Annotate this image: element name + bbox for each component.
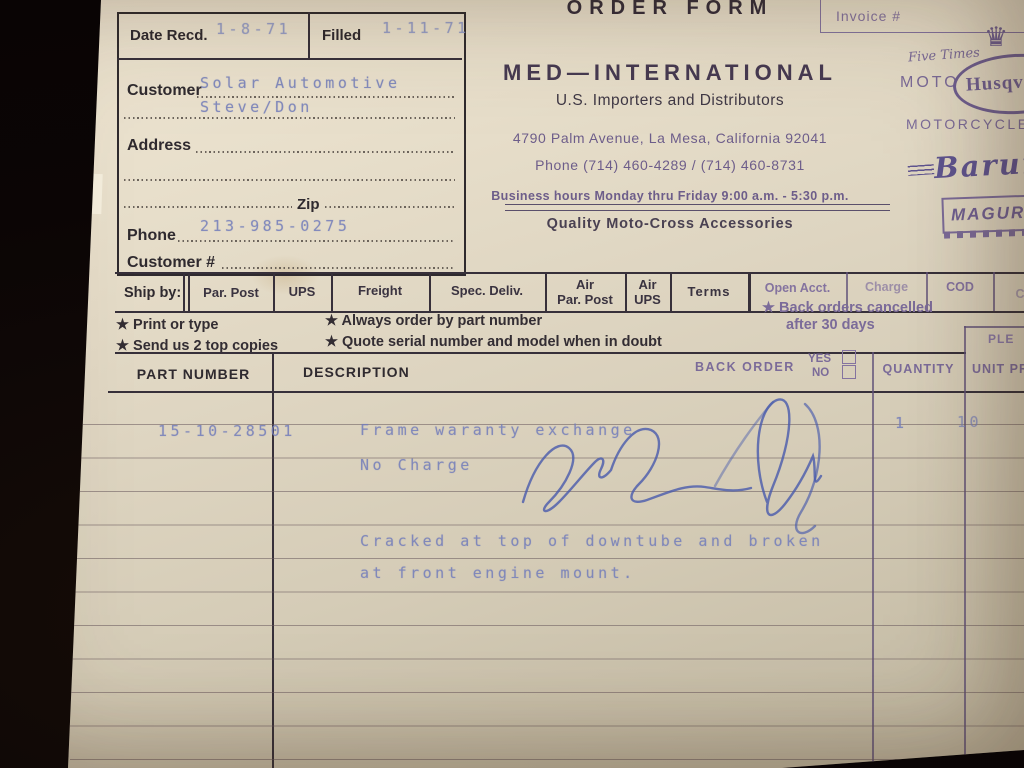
filled-value: 1-11-71 [382, 19, 470, 37]
entry-note-2: at front engine mount. [360, 564, 636, 582]
no-label: NO [812, 367, 829, 379]
date-row-divider [117, 58, 462, 60]
part-number-header: PART NUMBER [115, 366, 272, 382]
motorcycles-label: MOTORCYCLES [906, 116, 1024, 132]
double-rule [505, 204, 890, 211]
husqvarna-crown-icon: ♛ [984, 22, 1008, 53]
order-form-paper: ORDER FORM MED—INTERNATIONAL U.S. Import… [0, 0, 1024, 768]
zip-field-line [325, 206, 455, 208]
filled-label: Filled [322, 27, 361, 44]
ship-option-air-ups: Air UPS [626, 277, 669, 307]
moto-label: MOTO [900, 74, 960, 92]
entry-part-number: 15-10-28501 [158, 422, 296, 440]
company-name: MED—INTERNATIONAL [480, 60, 860, 86]
ship-option-terms: Terms [671, 284, 747, 299]
customer-label: Customer [127, 82, 202, 100]
ship-row-top [115, 272, 1024, 274]
company-address: 4790 Palm Avenue, La Mesa, California 92… [470, 130, 870, 146]
phone-value: 213-985-0275 [200, 217, 350, 235]
magura-stamp-text: MAGURA [951, 202, 1024, 225]
five-times-script: Five Times [908, 46, 981, 66]
ship-option-charge: Charge [848, 280, 925, 294]
unit-price-header: UNIT PRI [972, 362, 1024, 376]
magura-stamp: MAGURA [941, 194, 1024, 234]
yes-checkbox [842, 350, 856, 364]
note-print-or-type: ★ Print or type [116, 317, 218, 333]
company-phone: Phone (714) 460-4289 / (714) 460-8731 [470, 157, 870, 173]
ship-option-partial: C [1010, 287, 1024, 301]
barum-logo: Barum [933, 145, 1024, 185]
field-line [124, 179, 455, 181]
zip-label: Zip [297, 196, 320, 213]
photo-of-order-form: ORDER FORM MED—INTERNATIONAL U.S. Import… [0, 0, 1024, 768]
signature [505, 390, 850, 545]
customer-value-line1: Solar Automotive [200, 74, 401, 92]
address-label: Address [127, 137, 191, 155]
paper-edge-highlight [92, 174, 102, 214]
ship-option-open-acct: Open Acct. [750, 281, 845, 295]
form-title: ORDER FORM [500, 0, 840, 20]
ship-divider [993, 272, 995, 311]
field-line [124, 206, 292, 208]
ship-option-ups: UPS [274, 284, 330, 299]
note-quote-serial: ★ Quote serial number and model when in … [325, 334, 662, 350]
date-recd-value: 1-8-71 [216, 20, 291, 38]
note-back-orders-1: ★ Back orders cancelled [762, 300, 933, 316]
ship-option-freight: Freight [332, 283, 428, 298]
ship-option-spec-deliv: Spec. Deliv. [430, 283, 544, 298]
customer-no-field-line [222, 267, 455, 269]
address-field-line [196, 151, 455, 153]
ship-divider [183, 272, 185, 311]
entry-unit-price: 10 [957, 413, 982, 431]
ship-option-cod: COD [928, 280, 992, 294]
customer-value-line2: Steve/Don [200, 98, 313, 116]
table-header-top [115, 352, 966, 354]
price-box-top [964, 326, 1024, 328]
entry-quantity: 1 [895, 414, 908, 432]
note-back-orders-2: after 30 days [786, 317, 875, 333]
phone-label: Phone [127, 227, 176, 245]
date-recd-label: Date Recd. [130, 27, 208, 44]
company-tagline: U.S. Importers and Distributors [480, 92, 860, 110]
ship-by-label: Ship by: [124, 285, 181, 301]
note-order-by-part: ★ Always order by part number [325, 313, 542, 329]
no-checkbox [842, 365, 856, 379]
back-order-header: BACK ORDER [695, 360, 795, 374]
invoice-label: Invoice # [836, 8, 901, 24]
phone-field-line [178, 240, 455, 242]
field-line [124, 117, 455, 119]
description-header: DESCRIPTION [303, 364, 410, 380]
please-label: PLE [988, 332, 1014, 346]
yes-label: YES [808, 353, 831, 365]
company-slogan: Quality Moto-Cross Accessories [470, 216, 870, 232]
ship-option-par-post: Par. Post [190, 285, 272, 300]
quantity-header: QUANTITY [873, 362, 964, 376]
customer-no-label: Customer # [127, 254, 215, 272]
ship-option-air-par-post: Air Par. Post [546, 277, 624, 307]
business-hours: Business hours Monday thru Friday 9:00 a… [470, 189, 870, 203]
entry-description-2: No Charge [360, 456, 473, 474]
date-filled-divider [308, 12, 310, 58]
husqvarna-logo-text: Husqvarna [965, 69, 1024, 96]
barum-speedlines-icon [908, 164, 935, 176]
